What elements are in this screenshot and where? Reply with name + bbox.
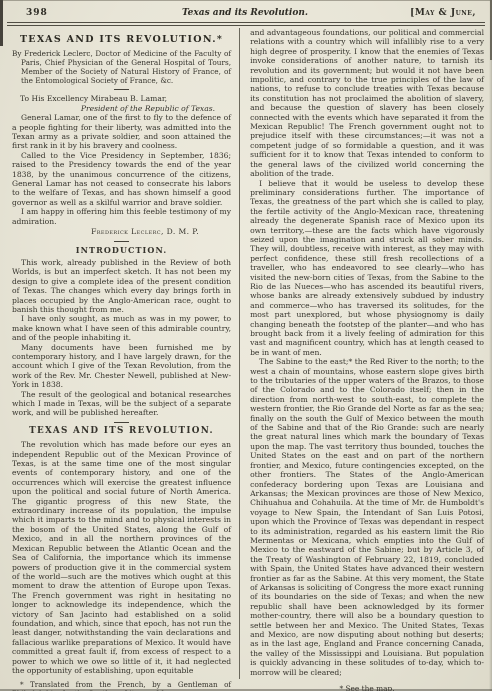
article-title: TEXAS AND ITS REVOLUTION.* bbox=[12, 35, 231, 44]
introduction-heading: INTRODUCTION. bbox=[12, 246, 231, 255]
paragraph: I have only sought, as much as was in my… bbox=[12, 314, 231, 342]
byline: By Frederick Leclerc, Doctor of Medicine… bbox=[12, 49, 231, 85]
scan-edge-top bbox=[0, 0, 492, 1]
section-divider bbox=[114, 89, 129, 90]
right-column: and advantageous foundations, our politi… bbox=[240, 28, 484, 683]
paragraph: General Lamar, one of the first to fly t… bbox=[12, 113, 231, 151]
paragraph: I believe that it would be useless to de… bbox=[250, 179, 484, 358]
issue-date: [May & June, bbox=[384, 8, 476, 18]
paragraph: This work, already published in the Revi… bbox=[12, 258, 231, 314]
scanned-magazine-page: 398 Texas and its Revolution. [May & Jun… bbox=[0, 0, 492, 691]
signature: Frederick Leclerc, D. M. P. bbox=[12, 227, 231, 236]
section-divider bbox=[114, 241, 129, 242]
column-divider-rule bbox=[239, 28, 240, 679]
paragraph: and advantageous foundations, our politi… bbox=[250, 28, 484, 179]
paragraph: The revolution which has made before our… bbox=[12, 440, 231, 675]
translator-footnote: * Translated from the French, by a Gentl… bbox=[12, 680, 231, 691]
paragraph: Called to the Vice Presidency in Septemb… bbox=[12, 151, 231, 207]
section-heading: TEXAS AND ITS REVOLUTION. bbox=[12, 427, 231, 436]
left-column: TEXAS AND ITS REVOLUTION.* By Frederick … bbox=[12, 28, 240, 683]
page-number: 398 bbox=[16, 8, 106, 18]
paragraph: Many documents have been furnished me by… bbox=[12, 343, 231, 390]
section-divider bbox=[114, 422, 129, 423]
running-title: Texas and its Revolution. bbox=[106, 8, 384, 18]
running-head: 398 Texas and its Revolution. [May & Jun… bbox=[0, 0, 492, 18]
text-columns: TEXAS AND ITS REVOLUTION.* By Frederick … bbox=[0, 26, 492, 683]
dedication-salutation: To His Excellency Mirabeau B. Lamar, bbox=[12, 94, 231, 103]
dedication-title: President of the Republic of Texas. bbox=[12, 104, 231, 113]
paragraph: The result of the geological and botanic… bbox=[12, 390, 231, 418]
paragraph: The Sabine to the east;* the Red River t… bbox=[250, 357, 484, 677]
paragraph: I am happy in offering him this feeble t… bbox=[12, 207, 231, 226]
map-footnote: * See the map. bbox=[250, 684, 484, 691]
